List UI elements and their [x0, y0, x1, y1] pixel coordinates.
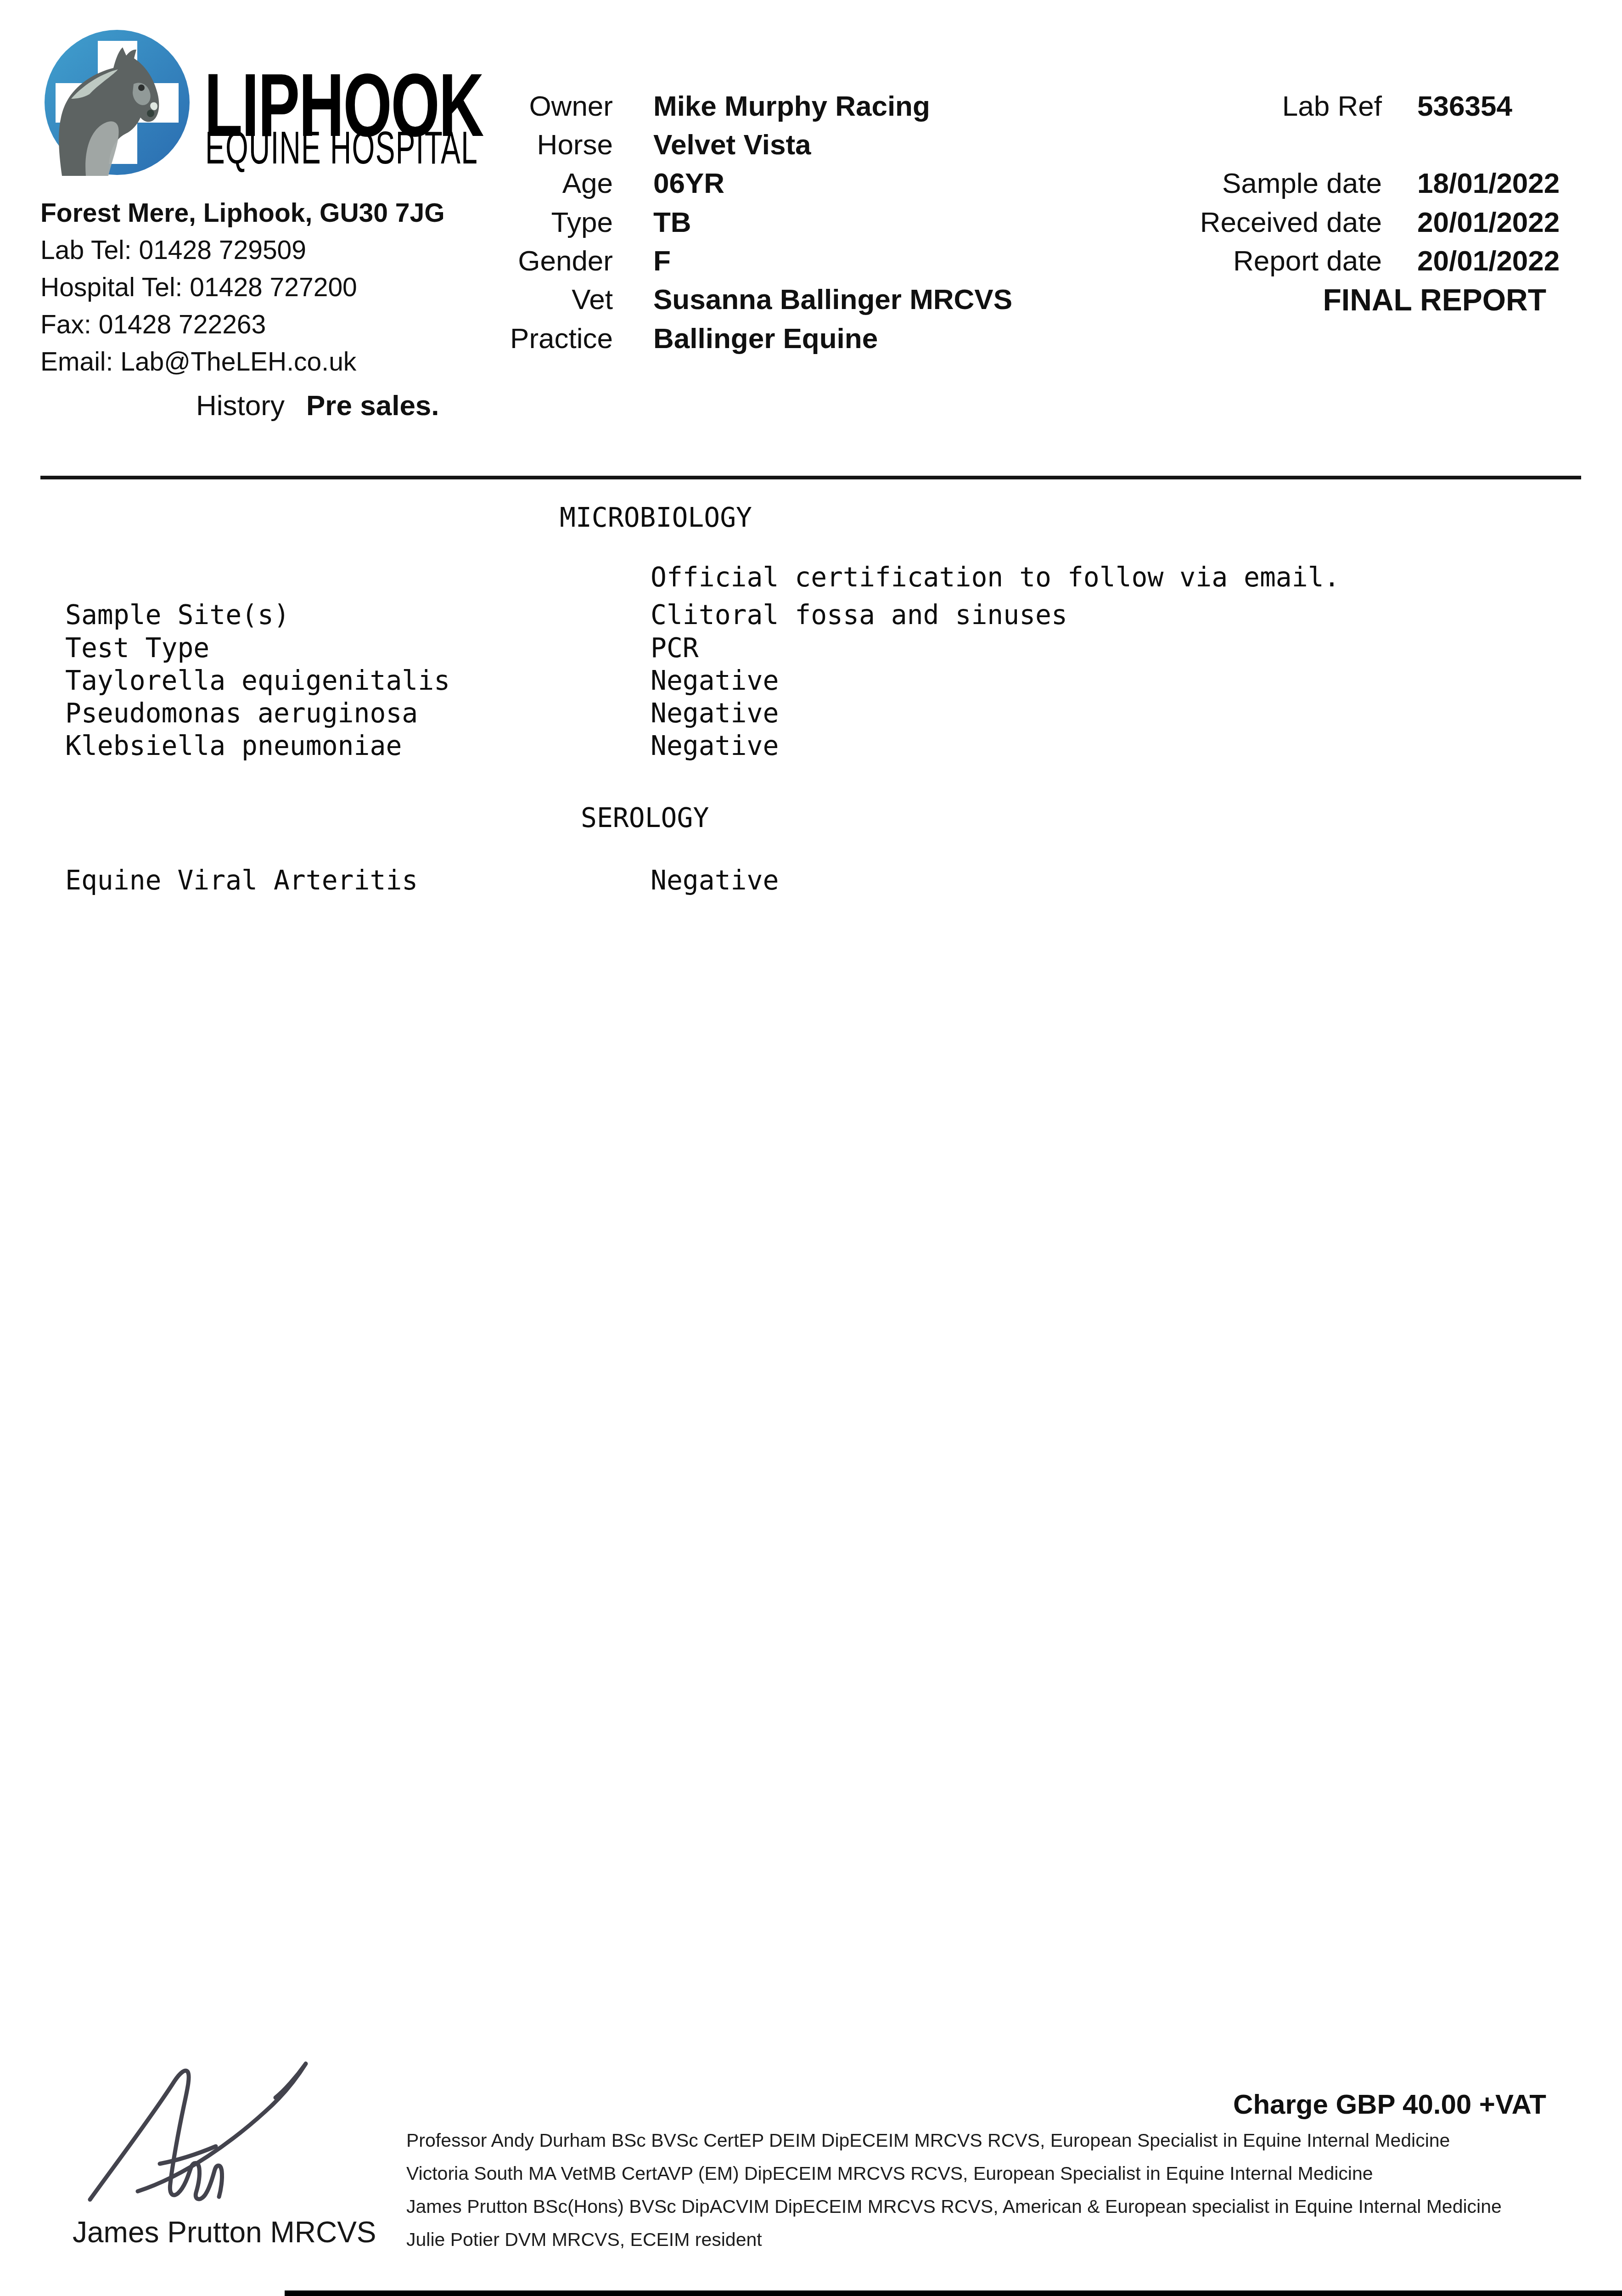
- test-type-value: PCR: [651, 635, 699, 661]
- signature-name: James Prutton MRCVS: [73, 2215, 376, 2249]
- contact-lab-tel: Lab Tel: 01428 729509: [40, 236, 306, 265]
- report-date-label: Report date: [1102, 245, 1382, 277]
- taylorella-label: Taylorella equigenitalis: [65, 667, 450, 694]
- hospital-logo: [44, 29, 191, 176]
- horse-head-in-cross-circle-icon: [44, 29, 191, 176]
- lab-ref-value: 536354: [1417, 90, 1512, 123]
- charge-note: Charge GBP 40.00 +VAT: [1233, 2088, 1546, 2120]
- credentials-line-4: Julie Potier DVM MRCVS, ECEIM resident: [406, 2229, 762, 2251]
- handwritten-signature-icon: [83, 2048, 317, 2223]
- section-divider: [40, 476, 1581, 479]
- patient-type-label: Type: [413, 206, 613, 239]
- patient-horse-label: Horse: [413, 129, 613, 161]
- certification-note: Official certification to follow via ema…: [651, 564, 1340, 591]
- patient-age-label: Age: [413, 167, 613, 200]
- credentials-line-3: James Prutton BSc(Hons) BVSc DipACVIM Di…: [406, 2196, 1502, 2217]
- credentials-line-2: Victoria South MA VetMB CertAVP (EM) Dip…: [406, 2163, 1373, 2184]
- serology-heading: SEROLOGY: [581, 805, 709, 831]
- contact-address: Forest Mere, Liphook, GU30 7JG: [40, 199, 445, 228]
- test-type-label: Test Type: [65, 635, 209, 661]
- patient-practice-label: Practice: [413, 322, 613, 355]
- contact-email: Email: Lab@TheLEH.co.uk: [40, 348, 356, 377]
- credentials-line-1: Professor Andy Durham BSc BVSc CertEP DE…: [406, 2130, 1450, 2151]
- contact-hospital-tel: Hospital Tel: 01428 727200: [40, 273, 357, 302]
- received-date-label: Received date: [1102, 206, 1382, 239]
- patient-owner-label: Owner: [413, 90, 613, 123]
- patient-type-value: TB: [653, 206, 691, 239]
- pseudomonas-label: Pseudomonas aeruginosa: [65, 700, 418, 726]
- microbiology-heading: MICROBIOLOGY: [560, 504, 752, 531]
- patient-age-value: 06YR: [653, 167, 724, 200]
- patient-owner-value: Mike Murphy Racing: [653, 90, 930, 123]
- eva-result: Negative: [651, 867, 779, 894]
- report-date-value: 20/01/2022: [1417, 245, 1560, 277]
- bottom-scan-bar: [285, 2290, 1622, 2296]
- contact-fax: Fax: 01428 722263: [40, 310, 266, 339]
- patient-gender-value: F: [653, 245, 671, 277]
- klebsiella-label: Klebsiella pneumoniae: [65, 732, 402, 759]
- history-value: Pre sales.: [306, 389, 439, 422]
- patient-gender-label: Gender: [413, 245, 613, 277]
- signature: [83, 2048, 317, 2223]
- eva-label: Equine Viral Arteritis: [65, 867, 418, 894]
- patient-vet-value: Susanna Ballinger MRCVS: [653, 283, 1012, 316]
- patient-practice-value: Ballinger Equine: [653, 322, 878, 355]
- pseudomonas-result: Negative: [651, 700, 779, 726]
- lab-ref-label: Lab Ref: [1102, 90, 1382, 123]
- final-report-status: FINAL REPORT: [1323, 282, 1546, 317]
- lab-report-page: LIPHOOK EQUINE HOSPITAL Forest Mere, Lip…: [0, 0, 1622, 2296]
- received-date-value: 20/01/2022: [1417, 206, 1560, 239]
- sample-sites-label: Sample Site(s): [65, 602, 290, 628]
- sample-sites-value: Clitoral fossa and sinuses: [651, 602, 1067, 628]
- klebsiella-result: Negative: [651, 732, 779, 759]
- patient-vet-label: Vet: [413, 283, 613, 316]
- sample-date-label: Sample date: [1102, 167, 1382, 200]
- history-label: History: [196, 389, 285, 422]
- sample-date-value: 18/01/2022: [1417, 167, 1560, 200]
- patient-horse-value: Velvet Vista: [653, 129, 811, 161]
- taylorella-result: Negative: [651, 667, 779, 694]
